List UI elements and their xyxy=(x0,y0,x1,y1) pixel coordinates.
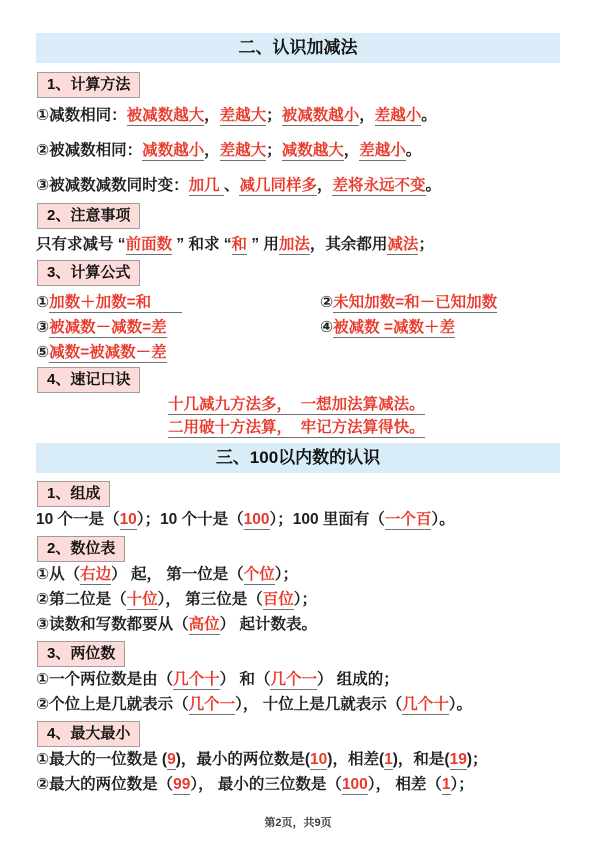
plain-text: )，和是( xyxy=(393,751,450,768)
highlight-text: 减法 xyxy=(387,236,418,255)
topic-label-place-value-table: 2、数位表 xyxy=(37,536,125,562)
plain-text: ）。 xyxy=(449,696,472,713)
plain-text: ②最大的两位数是（ xyxy=(36,776,173,793)
plain-text: ①减数相同： xyxy=(36,107,127,124)
text-line: ①最大的一位数是 (9)，最小的两位数是(10)，相差(1)，和是(19)； xyxy=(36,747,560,772)
plain-text: ” 用 xyxy=(247,236,279,253)
highlight-text: 加几 xyxy=(189,177,224,196)
highlight-text: 10 xyxy=(120,511,137,530)
plain-text: )； xyxy=(467,751,488,768)
highlight-text: 100 xyxy=(342,776,368,795)
highlight-text: 前面数 xyxy=(126,236,173,255)
highlight-text: 几个十 xyxy=(173,671,220,690)
highlight-text: 差将永远不变 xyxy=(332,177,425,196)
plain-text: ②个位上是几就表示（ xyxy=(36,696,189,713)
text-line: ②被减数相同：减数越小，差越大；减数越大，差越小。 xyxy=(36,133,560,168)
text-line: ②个位上是几就表示（几个一）， 十位上是几就表示（几个十）。 xyxy=(36,692,560,717)
text-line: ③读数和写数都要从（高位） 起计数表。 xyxy=(36,612,560,637)
text-line: ②第二位是（十位）， 第三位是（百位）； xyxy=(36,587,560,612)
plain-text: 。 xyxy=(426,177,442,194)
highlight-text: 被减数越小 xyxy=(282,107,360,126)
highlight-text: 1 xyxy=(384,751,393,770)
plain-text: ） 起计数表。 xyxy=(220,616,317,633)
highlight-text: 差越小 xyxy=(359,142,406,161)
plain-text: ① xyxy=(36,294,49,311)
highlight-text: 十几减九方法多， 一想加法算减法。 xyxy=(168,396,425,415)
plain-text: ， xyxy=(359,107,375,124)
section-banner-numbers-within-100: 三、100以内数的认识 xyxy=(36,443,560,473)
text-line: ②最大的两位数是（99）， 最小的三位数是（100）， 相差（1）； xyxy=(36,772,560,797)
plain-text: ③被减数减数同时变： xyxy=(36,177,189,194)
topic-label-formulas: 3、计算公式 xyxy=(37,260,140,286)
text-line: ①一个两位数是由（几个十） 和（几个一） 组成的； xyxy=(36,667,560,692)
highlight-text: 10 xyxy=(310,751,327,770)
formula-grid: ①加数＋加数=和 ②未知加数=和－已知加数 ③被减数－减数=差 ④被减数 =减数… xyxy=(36,290,560,365)
plain-text: ； xyxy=(266,142,282,159)
plain-text: ） 起， 第一位是（ xyxy=(111,566,244,583)
plain-text: ⑤ xyxy=(36,344,49,361)
page-footer: 第2页，共9页 xyxy=(0,814,596,830)
highlight-text: 一个百 xyxy=(385,511,432,530)
formula-item: ④被减数 =减数＋差 xyxy=(320,315,560,340)
highlight-text: 被减数越大 xyxy=(127,107,205,126)
topic-label-two-digit: 3、两位数 xyxy=(37,641,125,667)
highlight-text: 减数越小 xyxy=(142,142,204,161)
plain-text: ）， 十位上是几就表示（ xyxy=(235,696,402,713)
highlight-text: 和 xyxy=(232,236,248,255)
plain-text: ； xyxy=(418,236,434,253)
formula-item: ③被减数－减数=差 xyxy=(36,315,320,340)
highlight-text: 几个十 xyxy=(402,696,449,715)
plain-text: 10 个一是（ xyxy=(36,511,120,528)
highlight-text: 被减数－减数=差 xyxy=(49,319,167,338)
formula-item-empty xyxy=(320,340,560,365)
formula-item: ⑤减数=被减数－差 xyxy=(36,340,320,365)
plain-text: ； xyxy=(266,107,282,124)
highlight-text: 100 xyxy=(244,511,270,530)
highlight-text: 差越小 xyxy=(375,107,422,126)
highlight-text: 高位 xyxy=(189,616,220,635)
plain-text: ④ xyxy=(320,319,333,336)
plain-text: ，其余都用 xyxy=(310,236,388,253)
text-line: 只有求减号 “前面数 ” 和求 “和 ” 用加法，其余都用减法； xyxy=(36,229,560,260)
highlight-text: 几个一 xyxy=(189,696,236,715)
highlight-text: 百位 xyxy=(263,591,294,610)
highlight-text: 加数＋加数=和 xyxy=(49,294,182,313)
highlight-text: 差越大 xyxy=(220,142,267,161)
text-line: 10 个一是（10）；10 个十是（100）；100 里面有（一个百）。 xyxy=(36,507,560,532)
plain-text: ）， 第三位是（ xyxy=(158,591,263,608)
highlight-text: 9 xyxy=(167,751,176,770)
section-banner-addition-subtraction: 二、认识加减法 xyxy=(36,33,560,63)
topic-label-max-min: 4、最大最小 xyxy=(37,721,140,747)
highlight-text: 加法 xyxy=(279,236,310,255)
highlight-text: 右边 xyxy=(80,566,111,585)
plain-text: )，相差( xyxy=(327,751,384,768)
plain-text: ③读数和写数都要从（ xyxy=(36,616,189,633)
plain-text: 。 xyxy=(421,107,437,124)
plain-text: 只有求减号 “ xyxy=(36,236,126,253)
highlight-text: 减几同样多 xyxy=(239,177,317,196)
highlight-text: 减数越大 xyxy=(282,142,344,161)
highlight-text: 99 xyxy=(173,776,190,795)
plain-text: ， xyxy=(204,142,220,159)
highlight-text: 被减数 =减数＋差 xyxy=(333,319,455,338)
rhyme-line: 十几减九方法多， 一想加法算减法。 xyxy=(36,393,560,416)
highlight-text: 减数=被减数－差 xyxy=(49,344,167,363)
text-line: ③被减数减数同时变：加几 、减几同样多，差将永远不变。 xyxy=(36,168,560,203)
topic-label-mnemonic: 4、速记口诀 xyxy=(37,367,140,393)
plain-text: ）。 xyxy=(431,511,454,528)
topic-label-composition: 1、组成 xyxy=(37,481,110,507)
document-page: 二、认识加减法 1、计算方法 ①减数相同：被减数越大，差越大；被减数越小，差越小… xyxy=(0,0,596,842)
text-line: ①从（右边） 起， 第一位是（个位）； xyxy=(36,562,560,587)
plain-text: ）；10 个十是（ xyxy=(137,511,244,528)
plain-text: 、 xyxy=(224,177,240,194)
highlight-text: 个位 xyxy=(244,566,275,585)
highlight-text: 差越大 xyxy=(220,107,267,126)
highlight-text: 十位 xyxy=(127,591,158,610)
highlight-text: 几个一 xyxy=(270,671,317,690)
plain-text: ， xyxy=(204,107,220,124)
formula-item: ①加数＋加数=和 xyxy=(36,290,320,315)
plain-text: ） 组成的； xyxy=(317,671,399,688)
highlight-text: 未知加数=和－已知加数 xyxy=(333,294,497,313)
plain-text: ②被减数相同： xyxy=(36,142,142,159)
plain-text: ， xyxy=(317,177,333,194)
plain-text: ）， 相差（ xyxy=(368,776,442,793)
plain-text: ）； xyxy=(275,566,298,583)
rhyme-line: 二用破十方法算， 牢记方法算得快。 xyxy=(36,416,560,439)
text-line: ①减数相同：被减数越大，差越大；被减数越小，差越小。 xyxy=(36,98,560,133)
plain-text: ①一个两位数是由（ xyxy=(36,671,173,688)
plain-text: ①最大的一位数是 ( xyxy=(36,751,167,768)
plain-text: ， xyxy=(344,142,360,159)
plain-text: ）， 最小的三位数是（ xyxy=(190,776,342,793)
formula-item: ②未知加数=和－已知加数 xyxy=(320,290,560,315)
plain-text: ）； xyxy=(451,776,474,793)
plain-text: ①从（ xyxy=(36,566,80,583)
plain-text: ② xyxy=(320,294,333,311)
topic-label-notes: 2、注意事项 xyxy=(37,203,140,229)
highlight-text: 二用破十方法算， 牢记方法算得快。 xyxy=(168,419,425,438)
plain-text: ）；100 里面有（ xyxy=(270,511,385,528)
plain-text: ）； xyxy=(294,591,317,608)
highlight-text: 19 xyxy=(450,751,467,770)
plain-text: )，最小的两位数是( xyxy=(176,751,310,768)
topic-label-calc-method: 1、计算方法 xyxy=(37,72,140,98)
plain-text: ③ xyxy=(36,319,49,336)
plain-text: 。 xyxy=(406,142,422,159)
plain-text: ） 和（ xyxy=(220,671,271,688)
plain-text: ” 和求 “ xyxy=(172,236,231,253)
highlight-text: 1 xyxy=(442,776,451,795)
plain-text: ②第二位是（ xyxy=(36,591,127,608)
